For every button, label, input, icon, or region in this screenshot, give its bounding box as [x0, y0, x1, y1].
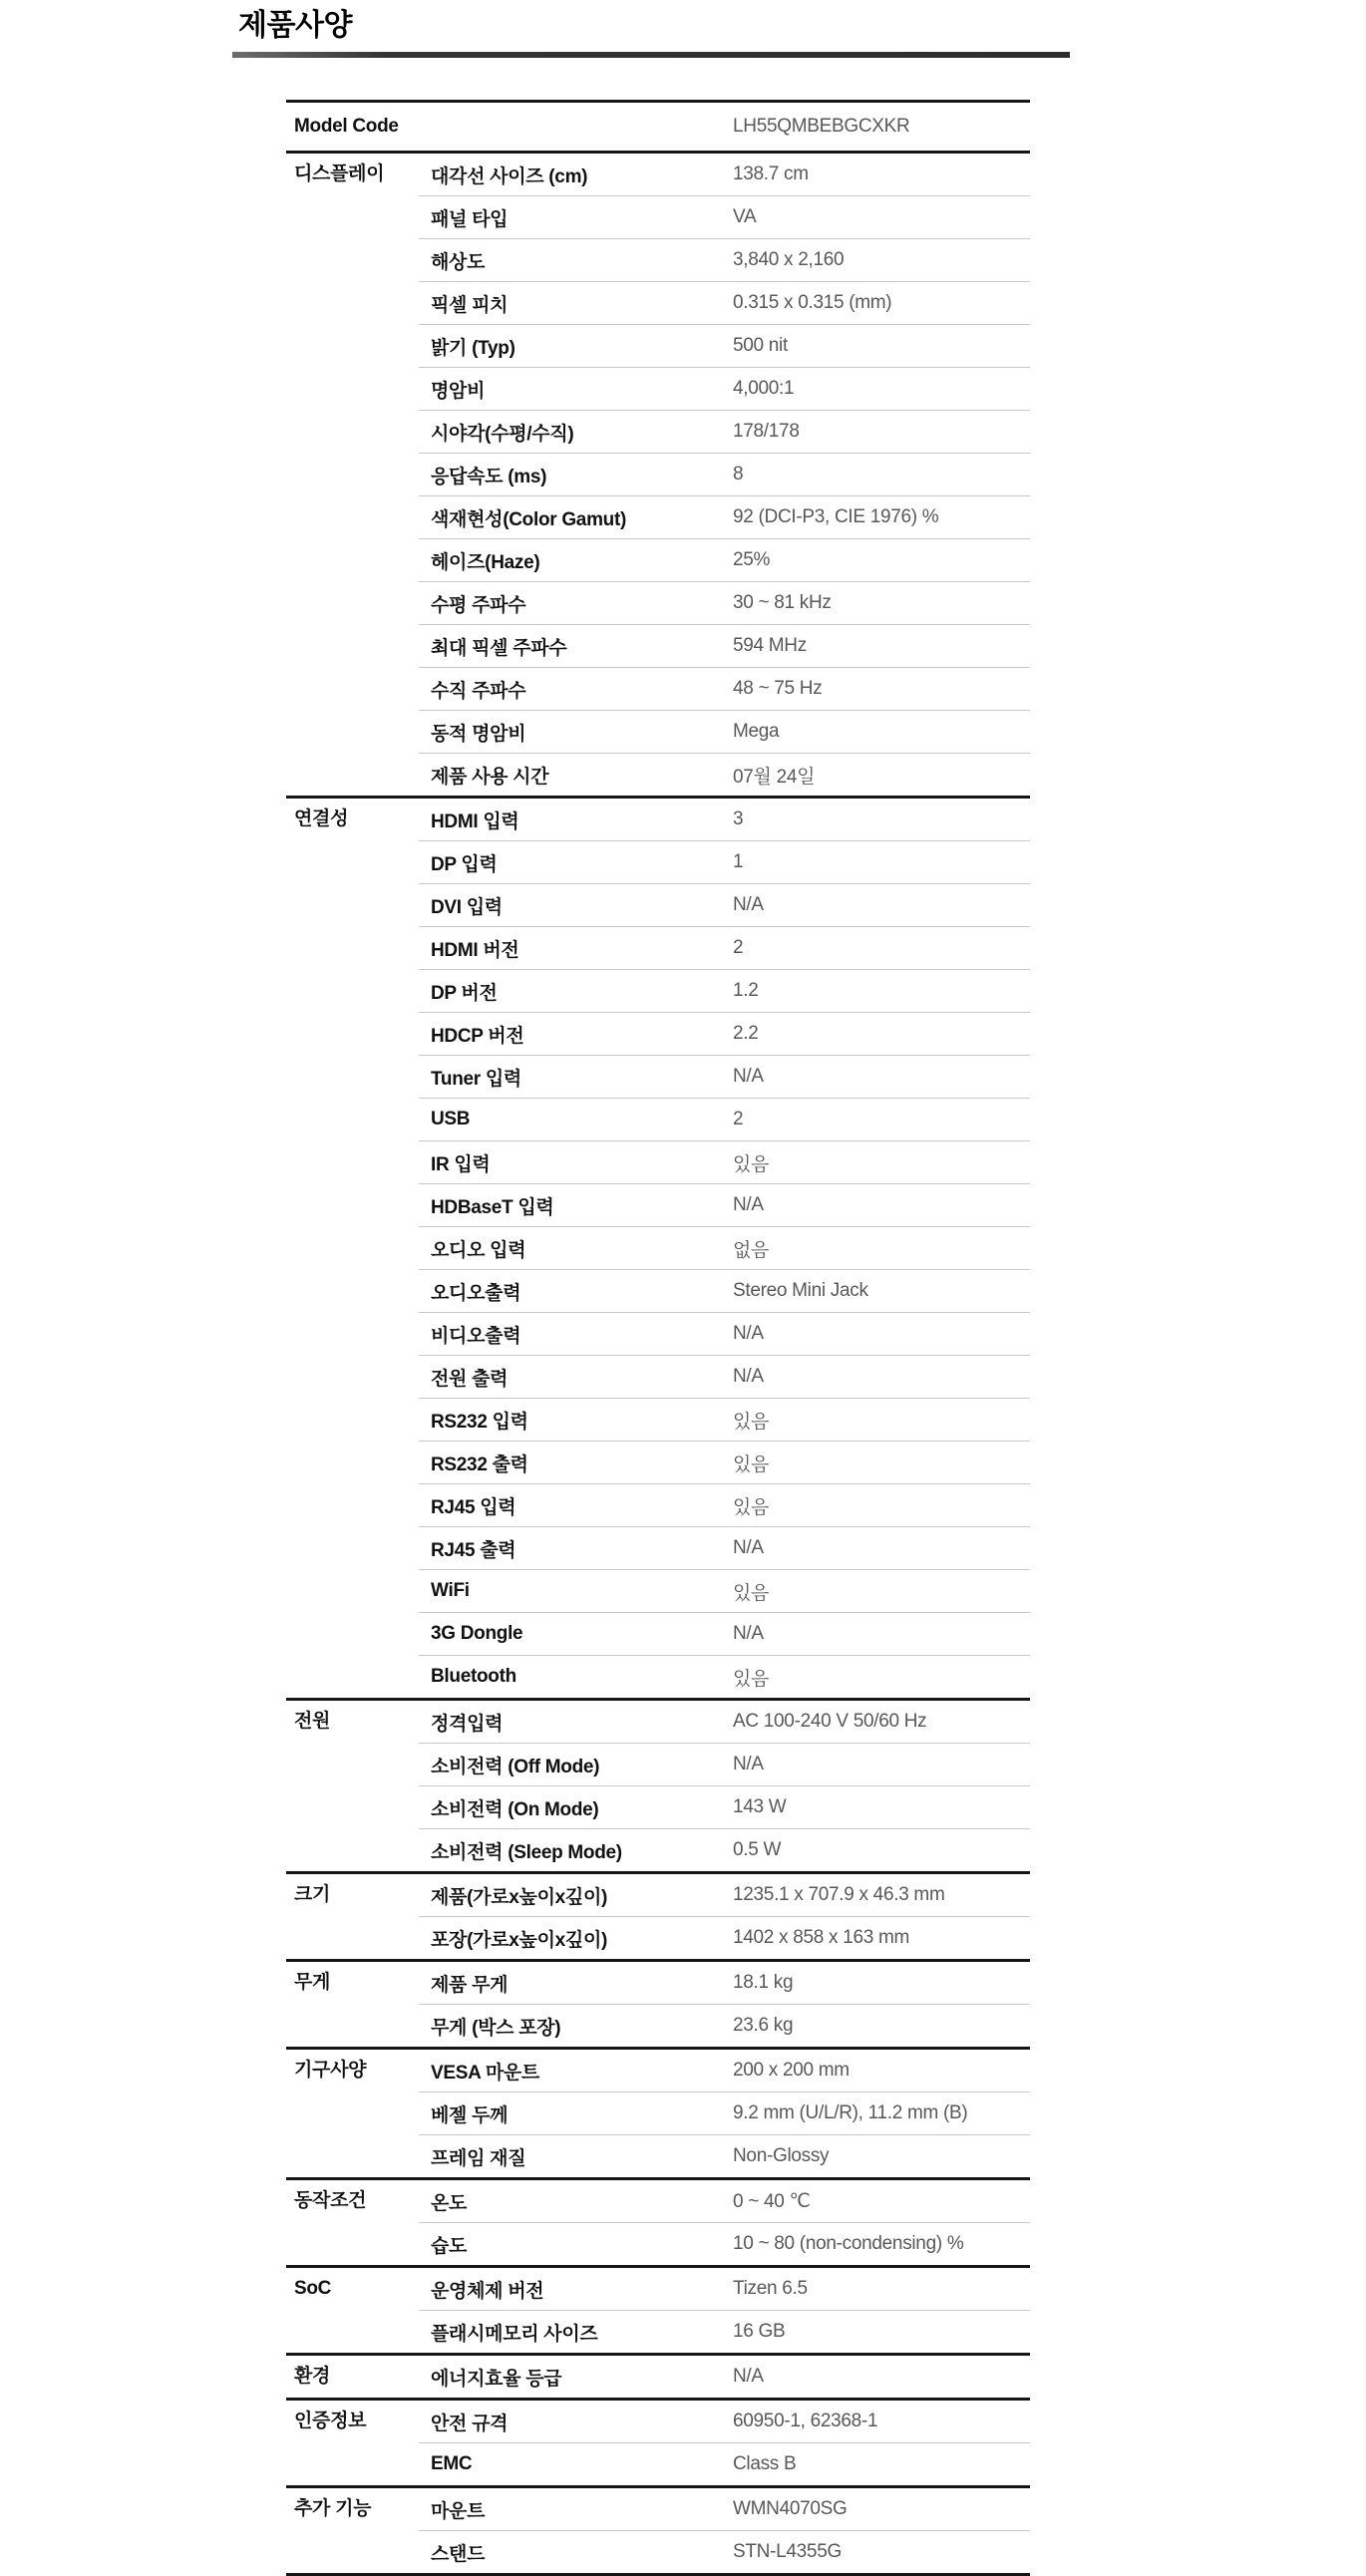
- category-label: 기구사양: [286, 2050, 419, 2177]
- spec-row: 습도10 ~ 80 (non-condensing) %: [419, 2222, 1030, 2265]
- spec-name: 동적 명암비: [419, 719, 733, 746]
- spec-row: Bluetooth있음: [419, 1655, 1030, 1698]
- spec-name: 베젤 두께: [419, 2100, 733, 2127]
- model-code-row: Model Code LH55QMBEBGCXKR: [286, 103, 1030, 151]
- spec-row: RS232 입력있음: [419, 1398, 1030, 1441]
- spec-value: 3,840 x 2,160: [733, 249, 1030, 271]
- section-rows: 마운트WMN4070SG스탠드STN-L4355G: [419, 2488, 1030, 2573]
- spec-section: 무게제품 무게18.1 kg무게 (박스 포장)23.6 kg: [286, 1959, 1030, 2047]
- spec-row: 픽셀 피치0.315 x 0.315 (mm): [419, 281, 1030, 324]
- spec-name: 온도: [419, 2188, 733, 2215]
- spec-section: 디스플레이대각선 사이즈 (cm)138.7 cm패널 타입VA해상도3,840…: [286, 151, 1030, 796]
- spec-value: 9.2 mm (U/L/R), 11.2 mm (B): [733, 2102, 1030, 2124]
- spec-value: 1402 x 858 x 163 mm: [733, 1927, 1030, 1949]
- category-label: 추가 기능: [286, 2488, 419, 2573]
- spec-name: HDMI 입력: [419, 806, 733, 833]
- category-label: 환경: [286, 2356, 419, 2398]
- spec-name: 소비전력 (Sleep Mode): [419, 1837, 733, 1864]
- spec-row: 전원 출력N/A: [419, 1355, 1030, 1398]
- spec-row: HDMI 버전2: [419, 926, 1030, 969]
- spec-name: RJ45 출력: [419, 1535, 733, 1562]
- spec-name: 밝기 (Typ): [419, 333, 733, 360]
- section-rows: HDMI 입력3DP 입력1DVI 입력N/AHDMI 버전2DP 버전1.2H…: [419, 799, 1030, 1698]
- spec-name: 대각선 사이즈 (cm): [419, 161, 733, 188]
- spec-row: 정격입력AC 100-240 V 50/60 Hz: [419, 1701, 1030, 1743]
- spec-row: 소비전력 (On Mode)143 W: [419, 1785, 1030, 1828]
- spec-name: RS232 출력: [419, 1449, 733, 1476]
- spec-name: 소비전력 (On Mode): [419, 1794, 733, 1821]
- spec-value: 8: [733, 464, 1030, 485]
- spec-value: N/A: [733, 1537, 1030, 1559]
- spec-name: 프레임 재질: [419, 2143, 733, 2170]
- section-rows: 정격입력AC 100-240 V 50/60 Hz소비전력 (Off Mode)…: [419, 1701, 1030, 1871]
- spec-row: 무게 (박스 포장)23.6 kg: [419, 2004, 1030, 2047]
- spec-value: 1: [733, 851, 1030, 873]
- spec-value: 60950-1, 62368-1: [733, 2411, 1030, 2432]
- spec-row: 3G DongleN/A: [419, 1612, 1030, 1655]
- spec-name: 응답속도 (ms): [419, 462, 733, 488]
- spec-row: 운영체제 버전Tizen 6.5: [419, 2268, 1030, 2310]
- spec-row: 마운트WMN4070SG: [419, 2488, 1030, 2530]
- spec-row: 온도0 ~ 40 ℃: [419, 2180, 1030, 2222]
- spec-name: VESA 마운트: [419, 2058, 733, 2085]
- spec-row: 소비전력 (Sleep Mode)0.5 W: [419, 1828, 1030, 1871]
- spec-row: HDCP 버전2.2: [419, 1012, 1030, 1055]
- spec-row: 명암비4,000:1: [419, 367, 1030, 410]
- spec-value: 0.5 W: [733, 1839, 1030, 1861]
- section-rows: 운영체제 버전Tizen 6.5플래시메모리 사이즈16 GB: [419, 2268, 1030, 2353]
- spec-value: N/A: [733, 2366, 1030, 2388]
- spec-name: 정격입력: [419, 1709, 733, 1736]
- spec-name: WiFi: [419, 1580, 733, 1602]
- spec-row: 패널 타입VA: [419, 195, 1030, 238]
- spec-row: HDBaseT 입력N/A: [419, 1183, 1030, 1226]
- spec-value: 있음: [733, 1449, 1030, 1476]
- spec-name: DVI 입력: [419, 892, 733, 919]
- spec-row: 응답속도 (ms)8: [419, 453, 1030, 495]
- spec-row: 프레임 재질Non-Glossy: [419, 2134, 1030, 2177]
- spec-value: 23.6 kg: [733, 2015, 1030, 2037]
- spec-name: 시야각(수평/수직): [419, 419, 733, 446]
- spec-row: 헤이즈(Haze)25%: [419, 538, 1030, 581]
- section-rows: 제품(가로x높이x깊이)1235.1 x 707.9 x 46.3 mm포장(가…: [419, 1874, 1030, 1959]
- spec-name: 3G Dongle: [419, 1623, 733, 1645]
- spec-value: Non-Glossy: [733, 2145, 1030, 2167]
- spec-row: IR 입력있음: [419, 1140, 1030, 1183]
- spec-value: 2.2: [733, 1023, 1030, 1045]
- spec-name: 전원 출력: [419, 1364, 733, 1391]
- spec-value: 있음: [733, 1492, 1030, 1519]
- spec-row: USB2: [419, 1098, 1030, 1140]
- spec-name: 오디오출력: [419, 1278, 733, 1305]
- spec-name: RJ45 입력: [419, 1492, 733, 1519]
- spec-row: 오디오출력Stereo Mini Jack: [419, 1269, 1030, 1312]
- spec-name: RS232 입력: [419, 1407, 733, 1434]
- spec-value: N/A: [733, 1194, 1030, 1216]
- spec-value: 178/178: [733, 421, 1030, 443]
- spec-row: 시야각(수평/수직)178/178: [419, 410, 1030, 453]
- spec-value: 25%: [733, 549, 1030, 571]
- spec-value: N/A: [733, 894, 1030, 916]
- spec-name: 스탠드: [419, 2539, 733, 2566]
- spec-row: RJ45 출력N/A: [419, 1526, 1030, 1569]
- spec-value: 92 (DCI-P3, CIE 1976) %: [733, 506, 1030, 528]
- spec-name: 색재현성(Color Gamut): [419, 504, 733, 531]
- spec-name: 수직 주파수: [419, 676, 733, 703]
- spec-section: 인증정보안전 규격60950-1, 62368-1EMCClass B: [286, 2398, 1030, 2485]
- section-rows: 대각선 사이즈 (cm)138.7 cm패널 타입VA해상도3,840 x 2,…: [419, 154, 1030, 796]
- spec-value: 18.1 kg: [733, 1972, 1030, 1994]
- spec-value: 07월 24일: [733, 762, 1030, 789]
- spec-row: 색재현성(Color Gamut)92 (DCI-P3, CIE 1976) %: [419, 495, 1030, 538]
- spec-value: 48 ~ 75 Hz: [733, 678, 1030, 700]
- spec-section: 기구사양VESA 마운트200 x 200 mm베젤 두께9.2 mm (U/L…: [286, 2047, 1030, 2177]
- title-divider: [232, 52, 1070, 58]
- spec-table: Model Code LH55QMBEBGCXKR 디스플레이대각선 사이즈 (…: [286, 100, 1030, 2576]
- spec-row: EMCClass B: [419, 2442, 1030, 2485]
- spec-name: 헤이즈(Haze): [419, 547, 733, 574]
- spec-row: 안전 규격60950-1, 62368-1: [419, 2401, 1030, 2442]
- category-label: 크기: [286, 1874, 419, 1959]
- section-rows: 온도0 ~ 40 ℃습도10 ~ 80 (non-condensing) %: [419, 2180, 1030, 2265]
- spec-row: DVI 입력N/A: [419, 883, 1030, 926]
- spec-row: 소비전력 (Off Mode)N/A: [419, 1743, 1030, 1785]
- spec-row: DP 버전1.2: [419, 969, 1030, 1012]
- spec-row: RS232 출력있음: [419, 1441, 1030, 1483]
- category-label: 무게: [286, 1962, 419, 2047]
- spec-value: 1235.1 x 707.9 x 46.3 mm: [733, 1884, 1030, 1906]
- spec-row: 동적 명암비Mega: [419, 710, 1030, 753]
- spec-name: Bluetooth: [419, 1666, 733, 1688]
- spec-section: 전원정격입력AC 100-240 V 50/60 Hz소비전력 (Off Mod…: [286, 1698, 1030, 1871]
- spec-row: 베젤 두께9.2 mm (U/L/R), 11.2 mm (B): [419, 2092, 1030, 2134]
- spec-section: SoC운영체제 버전Tizen 6.5플래시메모리 사이즈16 GB: [286, 2265, 1030, 2353]
- spec-name: 운영체제 버전: [419, 2276, 733, 2303]
- spec-name: DP 버전: [419, 978, 733, 1005]
- spec-name: 소비전력 (Off Mode): [419, 1752, 733, 1778]
- spec-row: VESA 마운트200 x 200 mm: [419, 2050, 1030, 2092]
- spec-value: N/A: [733, 1323, 1030, 1345]
- model-code-value: LH55QMBEBGCXKR: [733, 116, 1030, 138]
- spec-row: 에너지효율 등급N/A: [419, 2356, 1030, 2398]
- spec-row: 스탠드STN-L4355G: [419, 2530, 1030, 2573]
- spec-row: 제품 무게18.1 kg: [419, 1962, 1030, 2004]
- spec-row: 제품 사용 시간07월 24일: [419, 753, 1030, 796]
- spec-name: 명암비: [419, 376, 733, 403]
- spec-value: STN-L4355G: [733, 2541, 1030, 2563]
- spec-name: 오디오 입력: [419, 1235, 733, 1262]
- spec-value: 1.2: [733, 980, 1030, 1002]
- spec-value: 16 GB: [733, 2321, 1030, 2343]
- spec-row: 해상도3,840 x 2,160: [419, 238, 1030, 281]
- spec-name: 제품(가로x높이x깊이): [419, 1882, 733, 1909]
- category-label: 전원: [286, 1701, 419, 1871]
- spec-row: Tuner 입력N/A: [419, 1055, 1030, 1098]
- spec-value: N/A: [733, 1366, 1030, 1388]
- spec-value: 0.315 x 0.315 (mm): [733, 292, 1030, 314]
- spec-name: 제품 사용 시간: [419, 762, 733, 789]
- spec-row: 대각선 사이즈 (cm)138.7 cm: [419, 154, 1030, 195]
- category-label: 동작조건: [286, 2180, 419, 2265]
- spec-value: 138.7 cm: [733, 163, 1030, 185]
- spec-value: Stereo Mini Jack: [733, 1280, 1030, 1302]
- spec-value: 있음: [733, 1664, 1030, 1691]
- category-label: 디스플레이: [286, 154, 419, 796]
- spec-sections: 디스플레이대각선 사이즈 (cm)138.7 cm패널 타입VA해상도3,840…: [286, 151, 1030, 2573]
- spec-value: 있음: [733, 1578, 1030, 1605]
- spec-row: 수직 주파수48 ~ 75 Hz: [419, 667, 1030, 710]
- spec-value: 200 x 200 mm: [733, 2060, 1030, 2082]
- section-rows: VESA 마운트200 x 200 mm베젤 두께9.2 mm (U/L/R),…: [419, 2050, 1030, 2177]
- spec-value: 3: [733, 808, 1030, 830]
- spec-value: 4,000:1: [733, 378, 1030, 400]
- spec-name: 픽셀 피치: [419, 290, 733, 317]
- spec-value: Class B: [733, 2453, 1030, 2475]
- spec-section: 추가 기능마운트WMN4070SG스탠드STN-L4355G: [286, 2485, 1030, 2573]
- spec-name: IR 입력: [419, 1149, 733, 1176]
- spec-value: N/A: [733, 1754, 1030, 1775]
- spec-row: 수평 주파수30 ~ 81 kHz: [419, 581, 1030, 624]
- page-header: 제품사양: [232, 0, 1070, 58]
- spec-value: 143 W: [733, 1796, 1030, 1818]
- section-rows: 제품 무게18.1 kg무게 (박스 포장)23.6 kg: [419, 1962, 1030, 2047]
- spec-row: 제품(가로x높이x깊이)1235.1 x 707.9 x 46.3 mm: [419, 1874, 1030, 1916]
- spec-value: 30 ~ 81 kHz: [733, 592, 1030, 614]
- spec-row: 비디오출력N/A: [419, 1312, 1030, 1355]
- spec-name: 패널 타입: [419, 204, 733, 231]
- spec-name: 무게 (박스 포장): [419, 2013, 733, 2040]
- spec-row: HDMI 입력3: [419, 799, 1030, 840]
- section-rows: 안전 규격60950-1, 62368-1EMCClass B: [419, 2401, 1030, 2485]
- spec-value: Tizen 6.5: [733, 2278, 1030, 2300]
- spec-name: 안전 규격: [419, 2409, 733, 2435]
- spec-value: 있음: [733, 1407, 1030, 1434]
- spec-row: WiFi있음: [419, 1569, 1030, 1612]
- spec-value: 10 ~ 80 (non-condensing) %: [733, 2233, 1030, 2255]
- spec-value: 2: [733, 937, 1030, 959]
- spec-value: 0 ~ 40 ℃: [733, 2190, 1030, 2213]
- model-code-label: Model Code: [286, 116, 733, 138]
- spec-value: VA: [733, 206, 1030, 228]
- spec-name: 마운트: [419, 2496, 733, 2523]
- spec-name: DP 입력: [419, 849, 733, 876]
- spec-name: EMC: [419, 2453, 733, 2475]
- category-label: SoC: [286, 2268, 419, 2353]
- spec-section: 환경에너지효율 등급N/A: [286, 2353, 1030, 2398]
- spec-value: AC 100-240 V 50/60 Hz: [733, 1711, 1030, 1733]
- spec-value: 2: [733, 1109, 1030, 1130]
- spec-name: 비디오출력: [419, 1321, 733, 1348]
- spec-value: WMN4070SG: [733, 2498, 1030, 2520]
- spec-value: Mega: [733, 721, 1030, 743]
- spec-value: 없음: [733, 1235, 1030, 1262]
- spec-row: DP 입력1: [419, 840, 1030, 883]
- spec-row: RJ45 입력있음: [419, 1483, 1030, 1526]
- spec-name: 에너지효율 등급: [419, 2364, 733, 2391]
- spec-name: 수평 주파수: [419, 590, 733, 617]
- spec-row: 포장(가로x높이x깊이)1402 x 858 x 163 mm: [419, 1916, 1030, 1959]
- spec-name: 최대 픽셀 주파수: [419, 633, 733, 660]
- spec-name: Tuner 입력: [419, 1064, 733, 1091]
- spec-name: 제품 무게: [419, 1970, 733, 1997]
- spec-name: 해상도: [419, 247, 733, 274]
- spec-section: 크기제품(가로x높이x깊이)1235.1 x 707.9 x 46.3 mm포장…: [286, 1871, 1030, 1959]
- spec-value: N/A: [733, 1066, 1030, 1088]
- spec-value: 594 MHz: [733, 635, 1030, 657]
- spec-section: 동작조건온도0 ~ 40 ℃습도10 ~ 80 (non-condensing)…: [286, 2177, 1030, 2265]
- spec-row: 플래시메모리 사이즈16 GB: [419, 2310, 1030, 2353]
- section-rows: 에너지효율 등급N/A: [419, 2356, 1030, 2398]
- spec-name: HDCP 버전: [419, 1021, 733, 1048]
- spec-row: 오디오 입력없음: [419, 1226, 1030, 1269]
- spec-value: N/A: [733, 1623, 1030, 1645]
- spec-name: HDMI 버전: [419, 935, 733, 962]
- spec-section: 연결성HDMI 입력3DP 입력1DVI 입력N/AHDMI 버전2DP 버전1…: [286, 796, 1030, 1698]
- spec-name: HDBaseT 입력: [419, 1192, 733, 1219]
- spec-value: 500 nit: [733, 335, 1030, 357]
- spec-name: 포장(가로x높이x깊이): [419, 1925, 733, 1952]
- spec-value: 있음: [733, 1149, 1030, 1176]
- spec-name: 플래시메모리 사이즈: [419, 2319, 733, 2346]
- category-label: 인증정보: [286, 2401, 419, 2485]
- spec-row: 최대 픽셀 주파수594 MHz: [419, 624, 1030, 667]
- category-label: 연결성: [286, 799, 419, 1698]
- spec-row: 밝기 (Typ)500 nit: [419, 324, 1030, 367]
- spec-name: 습도: [419, 2231, 733, 2258]
- page-title: 제품사양: [232, 8, 1070, 52]
- spec-name: USB: [419, 1109, 733, 1130]
